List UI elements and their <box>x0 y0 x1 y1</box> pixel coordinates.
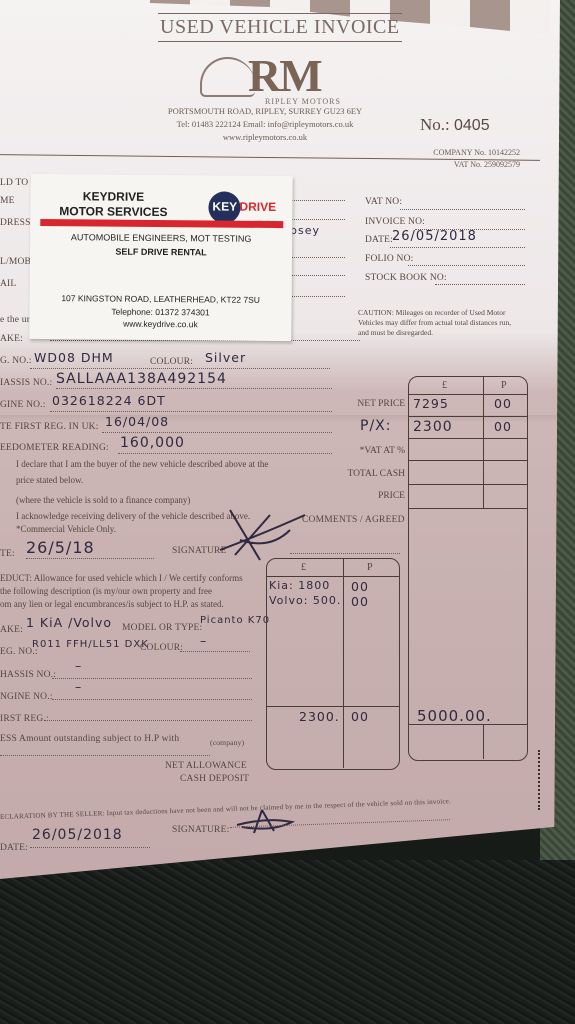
chassis-field-line <box>56 388 332 389</box>
sold-to-label: LD TO <box>0 178 28 188</box>
total-column-divider <box>483 725 484 759</box>
hp-company-label: (company) <box>210 738 244 747</box>
allowance-pounds-header: £ <box>301 562 306 573</box>
px-label: P/X: <box>360 418 391 434</box>
tel-field-line <box>290 257 345 258</box>
allowance-kia-value[interactable]: Kia: 1800 <box>269 579 330 592</box>
perforation-marks <box>538 750 540 810</box>
px-colour-line <box>180 651 250 652</box>
car-outline-icon <box>200 57 255 97</box>
seller-date-line <box>30 847 150 848</box>
card-address: 107 KINGSTON ROAD, LEATHERHEAD, KT22 7SU <box>30 292 292 307</box>
stock-book-no-label: STOCK BOOK NO: <box>365 273 447 283</box>
odometer-field-line <box>118 453 332 454</box>
reg-field-line <box>30 368 330 369</box>
reg-no-label: G. NO.: <box>0 356 32 366</box>
card-red-stripe <box>40 219 283 228</box>
tel-mob-label: L/MOB <box>0 257 31 267</box>
date-label: DATE: <box>365 235 393 245</box>
date-value[interactable]: 26/05/2018 <box>392 229 477 244</box>
net-allowance-label: NET ALLOWANCE <box>165 761 247 771</box>
mileage-caution: CAUTION: Mileages on recorder of Used Mo… <box>358 308 518 338</box>
odometer-value[interactable]: 160,000 <box>120 435 185 451</box>
declaration-line: (where the vehicle is sold to a finance … <box>16 493 190 508</box>
price-table: £ P 7295 00 2300 00 5000.00. <box>408 376 528 761</box>
allowance-total-divider <box>267 689 399 707</box>
seller-declaration: ECLARATION BY THE SELLER: Input tax dedu… <box>0 797 451 821</box>
invoice-title: USED VEHICLE INVOICE <box>158 13 402 42</box>
px-engine-label: NGINE NO.: <box>0 692 53 702</box>
buyer-signature[interactable] <box>210 500 310 565</box>
px-colour-label: COLOUR: <box>140 643 183 653</box>
keydrive-logo: KEY DRIVE <box>208 191 288 222</box>
px-model-value[interactable]: Picanto K70 <box>200 615 270 626</box>
comments-label: COMMENTS / AGREED <box>302 515 405 525</box>
engine-no-label: GINE NO.: <box>0 400 46 410</box>
folio-no-label: FOLIO NO: <box>365 254 414 264</box>
px-model-label: MODEL OR TYPE: <box>122 623 202 633</box>
seller-date-label: DATE: <box>0 843 28 853</box>
vat-no-label: VAT NO: <box>365 197 402 207</box>
declaration-line: price stated below. <box>16 473 83 488</box>
px-chassis-value[interactable]: – <box>75 658 82 673</box>
odometer-label: EEDOMETER READING: <box>0 443 109 453</box>
invoice-number-label: No.: <box>420 115 450 134</box>
colour-label: COLOUR: <box>150 357 193 367</box>
email-label: AIL <box>0 279 16 289</box>
card-name-line: KEYDRIVE <box>48 189 178 205</box>
invoice-paper: USED VEHICLE INVOICE RM RIPLEY MOTORS PO… <box>0 0 560 880</box>
px-chassis-label: HASSIS NO.: <box>0 670 56 680</box>
declaration-line: I declare that I am the buyer of the new… <box>16 457 268 472</box>
allowance-table: £ P Kia: 1800 00 Volvo: 500. 00 2300. 00 <box>266 558 400 770</box>
net-price-pence[interactable]: 00 <box>494 396 512 411</box>
email-field-line <box>290 275 345 276</box>
buyer-date-value[interactable]: 26/5/18 <box>26 538 95 557</box>
price-label: PRICE <box>305 491 405 501</box>
px-pounds[interactable]: 2300 <box>413 419 453 435</box>
invoice-number-value: 0405 <box>454 117 490 134</box>
invoice-no-label: INVOICE NO: <box>365 217 425 227</box>
dealer-address: PORTSMOUTH ROAD, RIPLEY, SURREY GU23 6EY… <box>140 105 390 144</box>
dealer-street: PORTSMOUTH ROAD, RIPLEY, SURREY GU23 6EY <box>140 105 390 118</box>
dealer-website: www.ripleymotors.co.uk <box>140 131 390 144</box>
px-engine-value[interactable]: – <box>75 679 82 694</box>
allowance-volvo-pence[interactable]: 00 <box>351 594 369 609</box>
folio-no-field[interactable] <box>408 265 525 266</box>
address-label: DRESS <box>0 218 31 228</box>
engine-no-value[interactable]: 032618224 6DT <box>52 393 166 408</box>
seller-date-value[interactable]: 26/05/2018 <box>32 827 123 843</box>
vat-at-label: *VAT AT % <box>305 446 405 456</box>
reg-no-value[interactable]: WD08 DHM <box>34 350 114 365</box>
first-reg-label: TE FIRST REG. IN UK: <box>0 422 99 432</box>
total-cash-label: TOTAL CASH <box>305 469 405 479</box>
first-reg-value[interactable]: 16/04/08 <box>105 414 169 429</box>
signature-line <box>290 553 400 554</box>
allowance-column-divider <box>343 559 344 768</box>
first-reg-field-line <box>102 432 332 433</box>
chassis-no-label: IASSIS NO.: <box>0 378 52 388</box>
logo-text: RM <box>248 49 321 102</box>
carpet-background <box>0 860 575 1024</box>
allowance-total-pounds[interactable]: 2300. <box>299 709 340 724</box>
price-header-row <box>409 377 527 395</box>
vat-row <box>409 439 527 461</box>
field-line <box>290 296 345 297</box>
seller-signature[interactable] <box>232 807 302 837</box>
colour-value[interactable]: Silver <box>205 350 246 365</box>
make-label: AKE: <box>0 334 23 344</box>
stock-book-no-field[interactable] <box>435 284 525 285</box>
px-make-value[interactable]: 1 KiA /Volvo <box>26 615 112 630</box>
date-field <box>390 247 525 248</box>
card-rental: SELF DRIVE RENTAL <box>30 246 292 258</box>
total-cash-row <box>409 461 527 485</box>
total-row <box>409 707 527 725</box>
seller-signature-label: SIGNATURE: <box>172 825 229 835</box>
card-website: www.keydrive.co.uk <box>29 317 291 332</box>
card-services: AUTOMOBILE ENGINEERS, MOT TESTING <box>30 232 292 244</box>
px-first-reg-line <box>45 720 252 721</box>
cash-deposit-label: CASH DEPOSIT <box>180 774 249 784</box>
company-number: COMPANY No. 10142252 <box>420 147 520 159</box>
card-name-line: MOTOR SERVICES <box>48 204 178 220</box>
keydrive-business-card: KEYDRIVE MOTOR SERVICES KEY DRIVE AUTOMO… <box>29 174 292 341</box>
address-field-line <box>290 219 345 220</box>
vat-no-field[interactable] <box>400 209 525 210</box>
dealer-contact: Tel: 01483 222124 Email: info@ripleymoto… <box>140 118 390 131</box>
address-handwriting: bsey <box>290 224 320 237</box>
net-price-pounds[interactable]: 7295 <box>413 396 449 411</box>
px-reg-value[interactable]: R011 FFH/LL51 DXK <box>32 639 149 650</box>
price-row <box>409 485 527 509</box>
card-contact: 107 KINGSTON ROAD, LEATHERHEAD, KT22 7SU… <box>29 292 291 332</box>
name-label: ME <box>0 196 15 206</box>
net-price-label: NET PRICE <box>305 399 405 409</box>
buyer-date-line <box>26 558 154 559</box>
logo-drive-text: DRIVE <box>239 200 276 214</box>
buyer-date-label: TE: <box>0 549 15 559</box>
card-company-name: KEYDRIVE MOTOR SERVICES <box>48 189 178 220</box>
allowance-volvo-value[interactable]: Volvo: 500. <box>269 594 341 607</box>
dealer-logo: RM RIPLEY MOTORS <box>200 53 350 108</box>
deduct-text: om any lien or legal encumbrances/is sub… <box>0 597 224 612</box>
px-first-reg-label: IRST REG.: <box>0 714 49 724</box>
allowance-total-pence[interactable]: 00 <box>351 709 369 724</box>
declaration-fragment: e the ur <box>0 315 30 325</box>
engine-field-line <box>50 411 332 412</box>
allowance-pence-header: P <box>367 562 373 573</box>
vat-number: VAT No. 259092579 <box>420 159 520 171</box>
chassis-no-value[interactable]: SALLAAA138A492154 <box>56 371 227 387</box>
px-engine-line <box>52 699 252 700</box>
logo-key-text: KEY <box>212 199 237 213</box>
hp-outstanding-label: ESS Amount outstanding subject to H.P wi… <box>0 734 179 744</box>
declaration-line: *Commercial Vehicle Only. <box>16 522 116 537</box>
invoice-number: No.: 0405 <box>420 115 490 135</box>
pounds-column-header: £ <box>442 380 447 391</box>
pence-column-header: P <box>501 380 507 391</box>
px-make-label: AKE: <box>0 625 23 635</box>
allowance-header-row <box>267 559 399 577</box>
hp-company-line <box>0 755 210 756</box>
px-colour-value[interactable]: – <box>200 633 207 648</box>
px-pence[interactable]: 00 <box>494 419 512 434</box>
name-field-line <box>290 200 345 201</box>
allowance-kia-pence[interactable]: 00 <box>351 579 369 594</box>
